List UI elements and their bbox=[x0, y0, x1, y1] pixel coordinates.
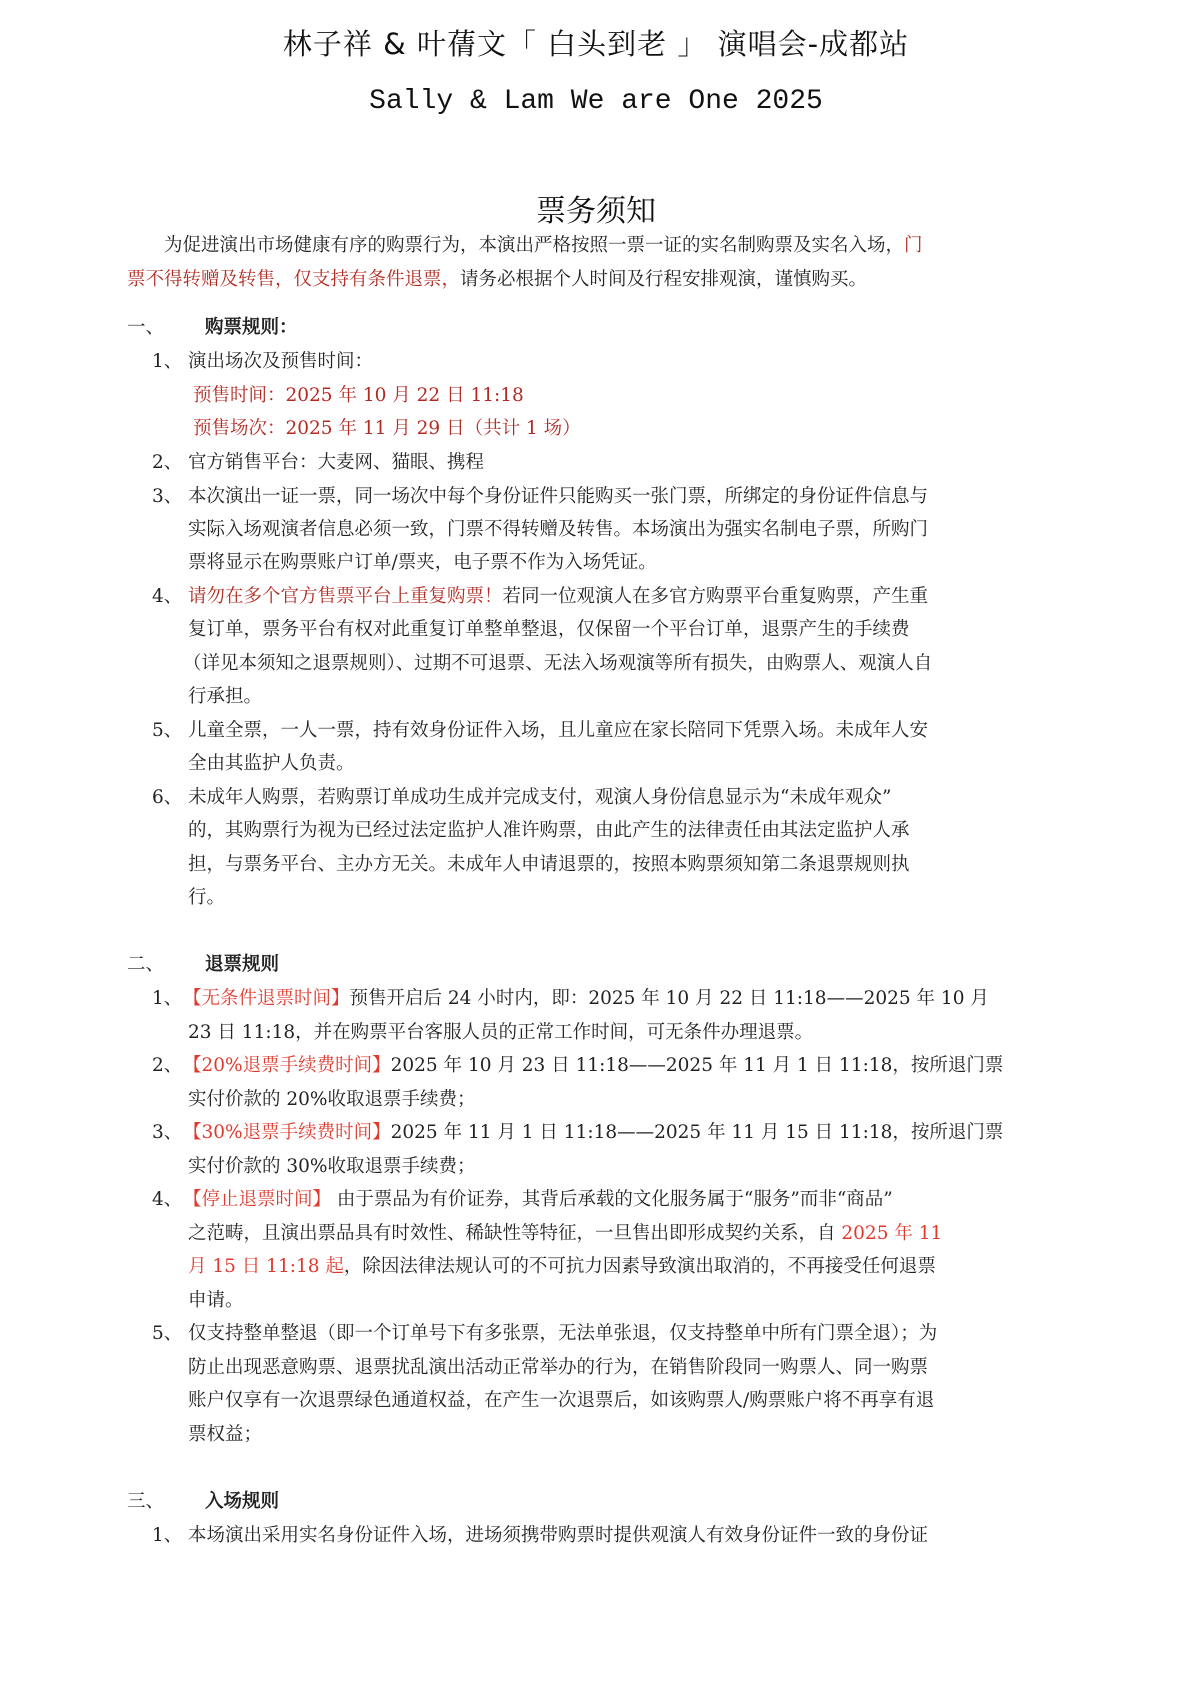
item-line: 行承担。 bbox=[188, 685, 262, 709]
item-index: 2、 bbox=[152, 1054, 182, 1078]
item-line: 账户仅享有一次退票绿色通道权益，在产生一次退票后，如该购票人/购票账户将不再享有… bbox=[188, 1389, 934, 1413]
item-line: 行。 bbox=[188, 886, 225, 910]
section-number: 一、 bbox=[127, 316, 164, 340]
section-title: 退票规则 bbox=[205, 953, 279, 977]
item-text: ，除因法律法规认可的不可抗力因素导致演出取消的，不再接受任何退票 bbox=[344, 1256, 936, 1277]
presale-session: 预售场次：2025 年 11 月 29 日（共计 1 场） bbox=[193, 417, 581, 441]
intro-text: 请务必根据个人时间及行程安排观演，谨慎购买。 bbox=[460, 269, 867, 290]
item-text: 由于票品为有价证券，其背后承载的文化服务属于“服务”而非“商品” bbox=[331, 1189, 893, 1210]
item-line: 【20%退票手续费时间】2025 年 10 月 23 日 11:18——2025… bbox=[183, 1054, 1003, 1078]
item-line: 申请。 bbox=[188, 1289, 244, 1313]
item-line: 担，与票务平台、主办方无关。未成年人申请退票的，按照本购票须知第二条退票规则执 bbox=[188, 853, 910, 877]
concert-title-cn: 林子祥 & 叶蒨文「 白头到老 」 演唱会-成都站 bbox=[0, 22, 1192, 63]
item-line: 儿童全票，一人一票，持有效身份证件入场，且儿童应在家长陪同下凭票入场。未成年人安 bbox=[188, 719, 928, 743]
intro-text: 为促进演出市场健康有序的购票行为，本演出严格按照一票一证的实名制购票及实名入场， bbox=[164, 235, 904, 256]
item-line: 【无条件退票时间】预售开启后 24 小时内，即：2025 年 10 月 22 日… bbox=[183, 987, 989, 1011]
section-title: 入场规则 bbox=[205, 1490, 279, 1514]
concert-title-en: Sally & Lam We are One 2025 bbox=[0, 86, 1192, 117]
item-line: 仅支持整单整退（即一个订单号下有多张票，无法单张退，仅支持整单中所有门票全退）；… bbox=[188, 1322, 937, 1346]
ticket-notice-document: 林子祥 & 叶蒨文「 白头到老 」 演唱会-成都站 Sally & Lam We… bbox=[0, 0, 1192, 1684]
item-text: 预售开启后 24 小时内，即：2025 年 10 月 22 日 11:18——2… bbox=[350, 988, 989, 1009]
item-line: 票权益； bbox=[188, 1423, 262, 1447]
intro-line-1: 为促进演出市场健康有序的购票行为，本演出严格按照一票一证的实名制购票及实名入场，… bbox=[164, 234, 923, 258]
notice-heading: 票务须知 bbox=[0, 186, 1192, 230]
item-text: 若同一位观演人在多官方购票平台重复购票，产生重 bbox=[503, 586, 929, 607]
section-title: 购票规则： bbox=[205, 316, 298, 340]
item-index: 1、 bbox=[152, 1524, 182, 1548]
item-index: 1、 bbox=[152, 987, 182, 1011]
intro-line-2: 票不得转赠及转售，仅支持有条件退票，请务必根据个人时间及行程安排观演，谨慎购买。 bbox=[127, 268, 867, 292]
section-number: 二、 bbox=[127, 953, 164, 977]
intro-highlight: 门 bbox=[904, 235, 923, 256]
item-index: 6、 bbox=[152, 786, 182, 810]
item-line: 请勿在多个官方售票平台上重复购票！若同一位观演人在多官方购票平台重复购票，产生重 bbox=[188, 585, 928, 609]
item-line: 23 日 11:18，并在购票平台客服人员的正常工作时间，可无条件办理退票。 bbox=[188, 1021, 813, 1045]
item-text: 之范畴，且演出票品具有时效性、稀缺性等特征，一旦售出即形成契约关系，自 bbox=[188, 1223, 841, 1244]
item-line: 【停止退票时间】 由于票品为有价证券，其背后承载的文化服务属于“服务”而非“商品… bbox=[183, 1188, 893, 1212]
item-line: 票将显示在购票账户订单/票夹，电子票不作为入场凭证。 bbox=[188, 551, 657, 575]
item-line: 未成年人购票，若购票订单成功生成并完成支付，观演人身份信息显示为“未成年观众” bbox=[188, 786, 891, 810]
item-text: 2025 年 11 月 1 日 11:18——2025 年 11 月 15 日 … bbox=[391, 1122, 1004, 1143]
duplicate-purchase-warning: 请勿在多个官方售票平台上重复购票！ bbox=[188, 586, 503, 607]
refund-stop-date: 月 15 日 11:18 起 bbox=[188, 1256, 344, 1277]
item-index: 3、 bbox=[152, 1121, 182, 1145]
item-index: 4、 bbox=[152, 1188, 182, 1212]
item-line: 之范畴，且演出票品具有时效性、稀缺性等特征，一旦售出即形成契约关系，自 2025… bbox=[188, 1222, 942, 1246]
refund-period-label: 【停止退票时间】 bbox=[183, 1189, 331, 1210]
item-line: 防止出现恶意购票、退票扰乱演出活动正常举办的行为，在销售阶段同一购票人、同一购票 bbox=[188, 1356, 928, 1380]
section-number: 三、 bbox=[127, 1490, 164, 1514]
item-text: 2025 年 10 月 23 日 11:18——2025 年 11 月 1 日 … bbox=[391, 1055, 1004, 1076]
item-line: 演出场次及预售时间： bbox=[188, 350, 373, 374]
item-line: 实付价款的 30%收取退票手续费； bbox=[188, 1155, 476, 1179]
presale-time: 预售时间：2025 年 10 月 22 日 11:18 bbox=[193, 384, 524, 408]
intro-highlight: 票不得转赠及转售，仅支持有条件退票， bbox=[127, 269, 460, 290]
item-line: 月 15 日 11:18 起，除因法律法规认可的不可抗力因素导致演出取消的，不再… bbox=[188, 1255, 936, 1279]
item-line: 实付价款的 20%收取退票手续费； bbox=[188, 1088, 476, 1112]
item-index: 5、 bbox=[152, 719, 182, 743]
item-line: 实际入场观演者信息必须一致，门票不得转赠及转售。本场演出为强实名制电子票，所购门 bbox=[188, 518, 928, 542]
item-line: 本场演出采用实名身份证件入场，进场须携带购票时提供观演人有效身份证件一致的身份证 bbox=[188, 1524, 928, 1548]
item-line: 本次演出一证一票，同一场次中每个身份证件只能购买一张门票，所绑定的身份证件信息与 bbox=[188, 485, 928, 509]
item-index: 5、 bbox=[152, 1322, 182, 1346]
item-index: 4、 bbox=[152, 585, 182, 609]
item-index: 1、 bbox=[152, 350, 182, 374]
item-line: 【30%退票手续费时间】2025 年 11 月 1 日 11:18——2025 … bbox=[183, 1121, 1003, 1145]
item-line: 全由其监护人负责。 bbox=[188, 752, 355, 776]
refund-stop-date: 2025 年 11 bbox=[841, 1223, 942, 1244]
item-index: 3、 bbox=[152, 485, 182, 509]
refund-period-label: 【20%退票手续费时间】 bbox=[183, 1055, 391, 1076]
refund-period-label: 【无条件退票时间】 bbox=[183, 988, 350, 1009]
refund-period-label: 【30%退票手续费时间】 bbox=[183, 1122, 391, 1143]
item-line: 的，其购票行为视为已经过法定监护人准许购票，由此产生的法律责任由其法定监护人承 bbox=[188, 819, 910, 843]
official-platforms: 官方销售平台：大麦网、猫眼、携程 bbox=[188, 451, 484, 475]
item-line: 复订单，票务平台有权对此重复订单整单整退，仅保留一个平台订单，退票产生的手续费 bbox=[188, 618, 910, 642]
item-index: 2、 bbox=[152, 451, 182, 475]
item-line: （详见本须知之退票规则）、过期不可退票、无法入场观演等所有损失，由购票人、观演人… bbox=[183, 652, 932, 676]
